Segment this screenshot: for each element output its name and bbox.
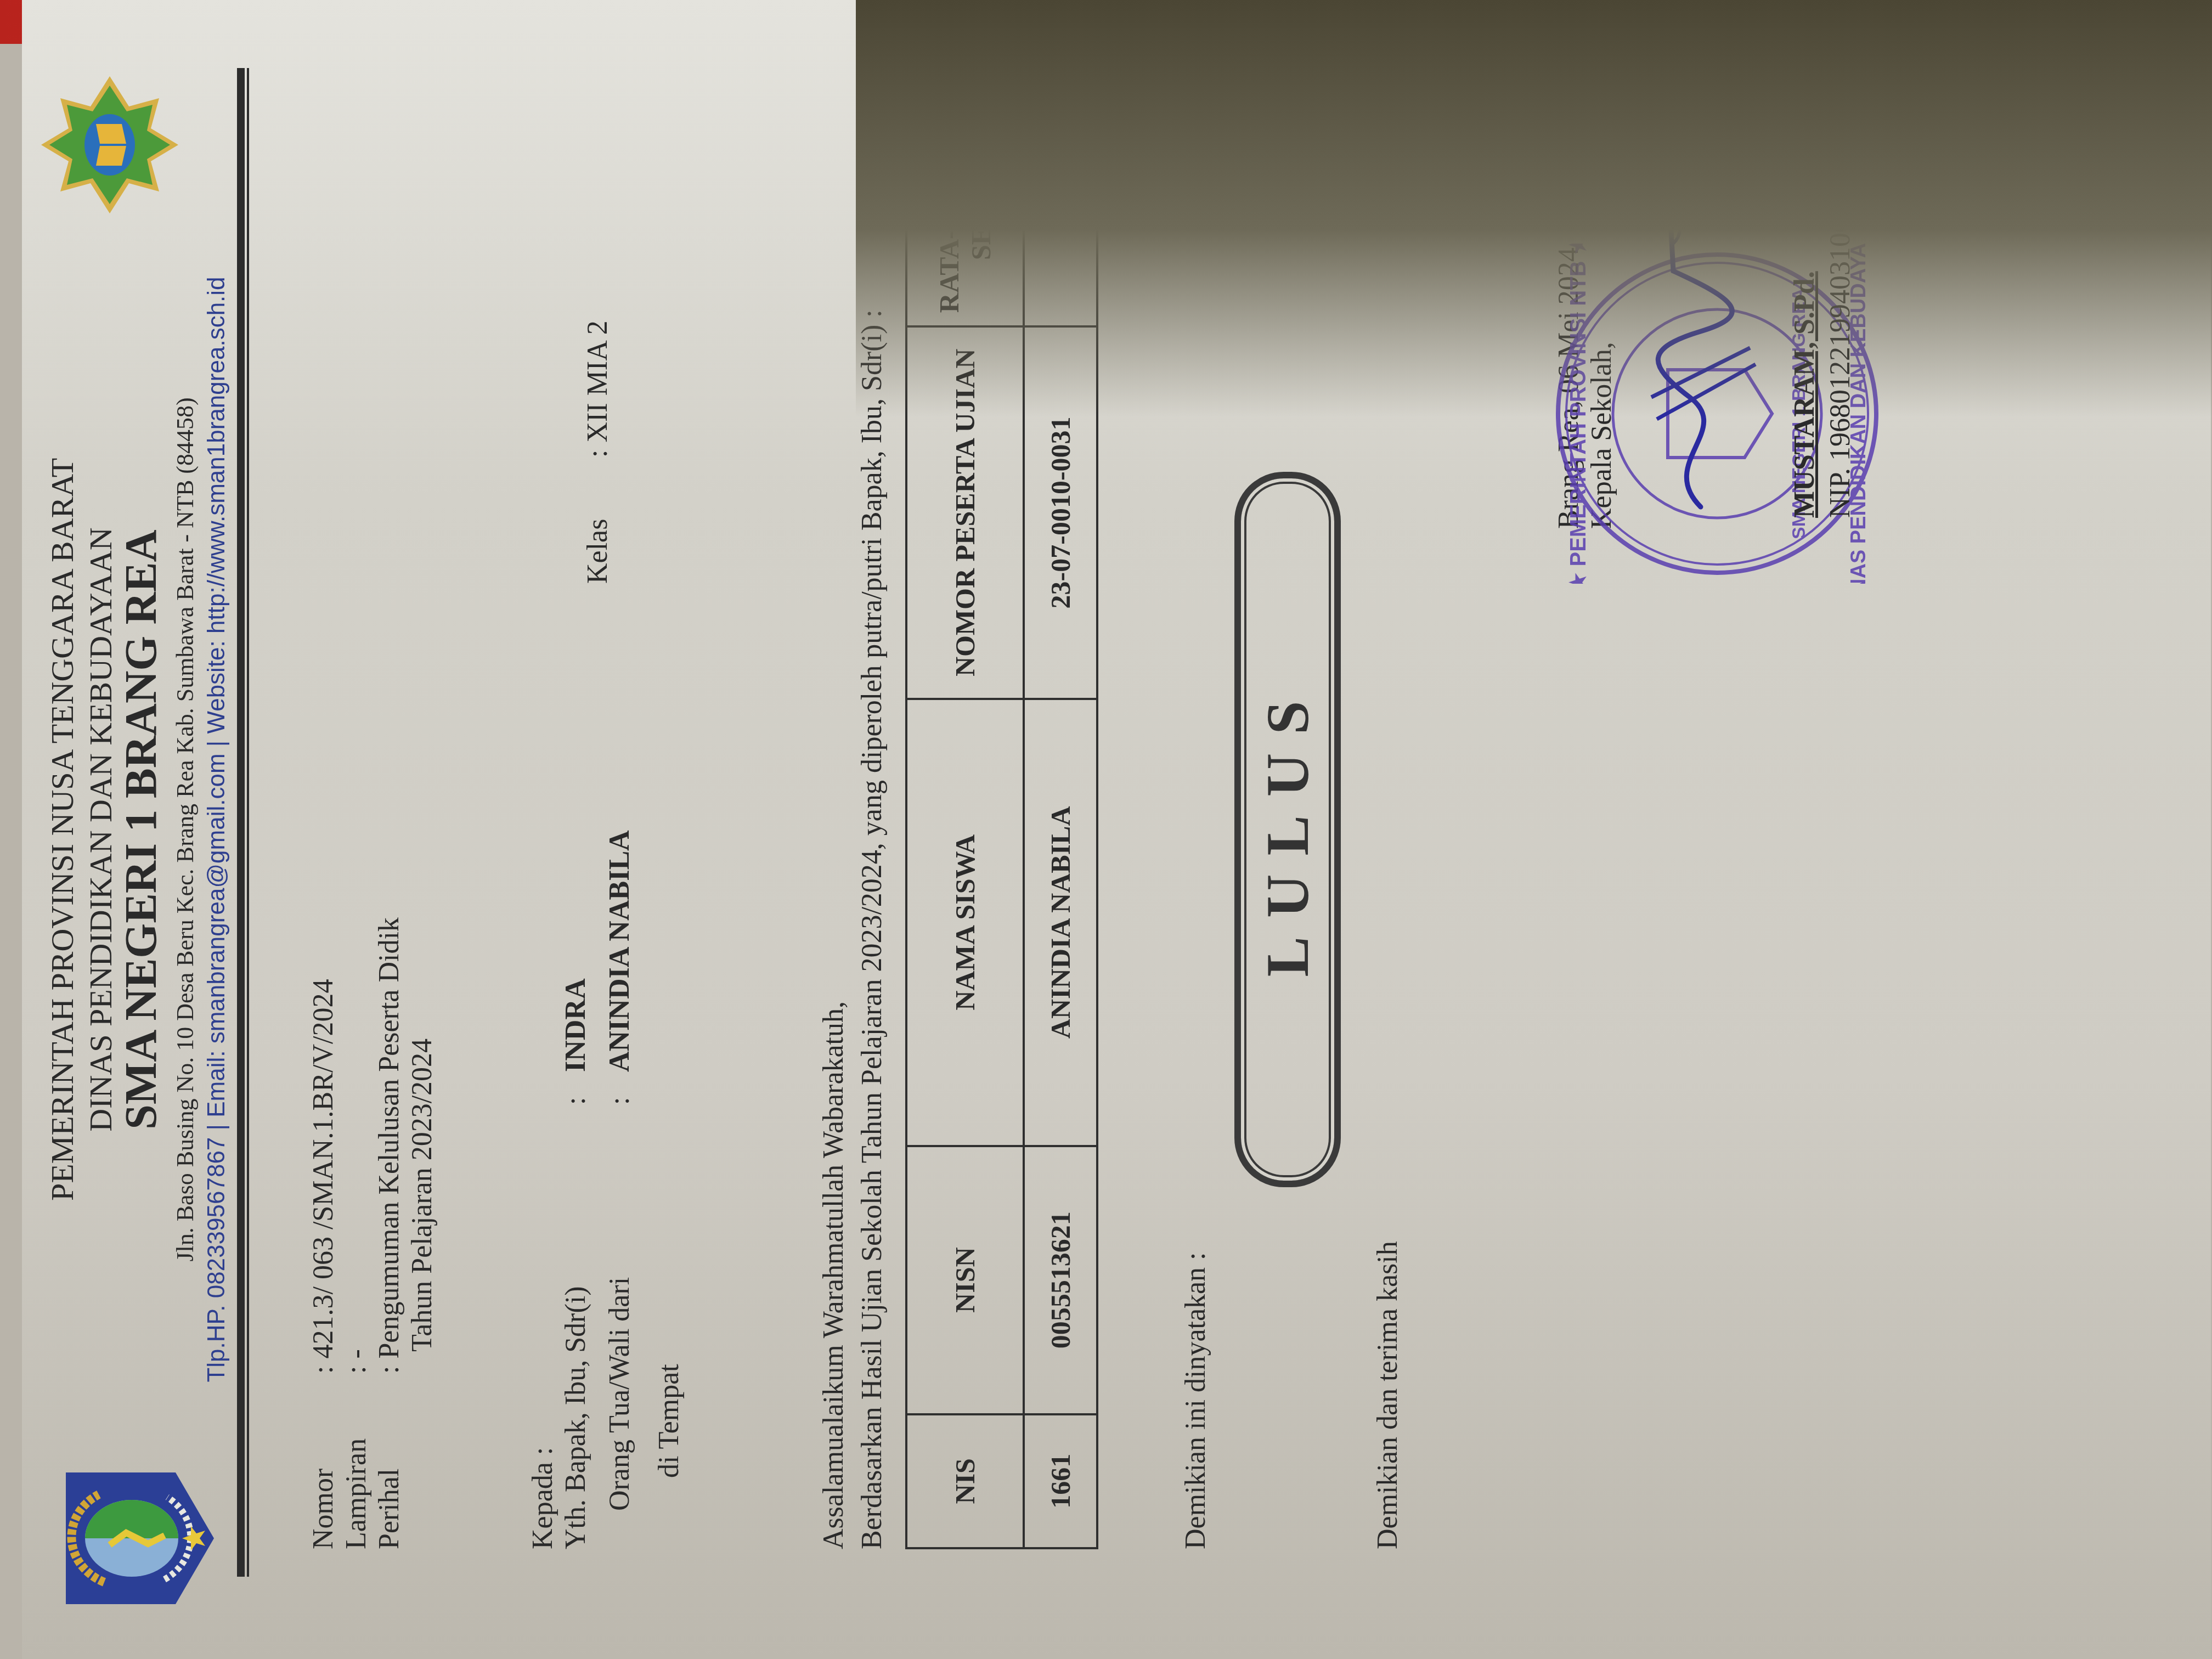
school-contact: Tlp.HP. 082339567867 | Email: smanbrangr… bbox=[203, 0, 230, 1659]
declared-label: Demikian ini dinyatakan : bbox=[1180, 1252, 1212, 1549]
perihal-label: Perihal bbox=[373, 1469, 406, 1549]
kepada-label: Kepada : bbox=[527, 1447, 560, 1549]
result-status-text: LULUS bbox=[1241, 478, 1334, 1181]
result-status-badge: LULUS bbox=[1234, 472, 1341, 1187]
column-header-nama-siswa: NAMA SISWA bbox=[906, 699, 1024, 1146]
letterhead-line-2: DINAS PENDIDIKAN DAN KEBUDAYAAN bbox=[82, 0, 119, 1659]
ortu-colon: : bbox=[603, 1097, 636, 1105]
cell-nis: 1661 bbox=[1024, 1414, 1097, 1548]
yth-label: Yth. Bapak, Ibu, Sdr(i) bbox=[560, 1286, 592, 1549]
perihal-value-2: Tahun Pelajaran 2023/2024 bbox=[406, 1039, 439, 1352]
letterhead-divider bbox=[237, 68, 245, 1577]
ortu-label: Orang Tua/Wali dari bbox=[603, 1277, 636, 1511]
letterhead-line-1: PEMERINTAH PROVINSI NUSA TENGGARA BARAT bbox=[44, 0, 81, 1659]
student-name: ANINDIA NABILA bbox=[603, 830, 636, 1072]
lampiran-label: Lampiran bbox=[340, 1438, 373, 1549]
letterhead-divider-thin bbox=[247, 68, 249, 1577]
closing-text: Demikian dan terima kasih bbox=[1372, 1241, 1404, 1549]
kelas-label: Kelas bbox=[582, 519, 614, 584]
school-name: SMA NEGERI 1 BRANG REA bbox=[115, 0, 167, 1659]
yth-colon: : bbox=[560, 1097, 592, 1105]
photo-shadow bbox=[856, 0, 2212, 417]
school-address: Jln. Baso Busing No. 10 Desa Beru Kec. B… bbox=[171, 0, 199, 1659]
lampiran-value: : - bbox=[340, 1349, 373, 1374]
nomor-label: Nomor bbox=[307, 1469, 340, 1549]
column-header-nisn: NISN bbox=[906, 1146, 1024, 1414]
tempat-label: di Tempat bbox=[653, 1364, 686, 1478]
cell-nisn: 0055513621 bbox=[1024, 1146, 1097, 1414]
column-header-nis: NIS bbox=[906, 1414, 1024, 1548]
perihal-value: : Pengumuman Kelulusan Peserta Didik bbox=[373, 917, 406, 1374]
cell-nama-siswa: ANINDIA NABILA bbox=[1024, 699, 1097, 1146]
kelas-value: : XII MIA 2 bbox=[582, 320, 614, 458]
nomor-value: : 421.3/ 063 /SMAN.1.BR/V/2024 bbox=[307, 979, 340, 1374]
parent-name: INDRA bbox=[560, 979, 592, 1072]
greeting: Assalamualaikum Warahmatullah Wabarakatu… bbox=[817, 1001, 850, 1549]
